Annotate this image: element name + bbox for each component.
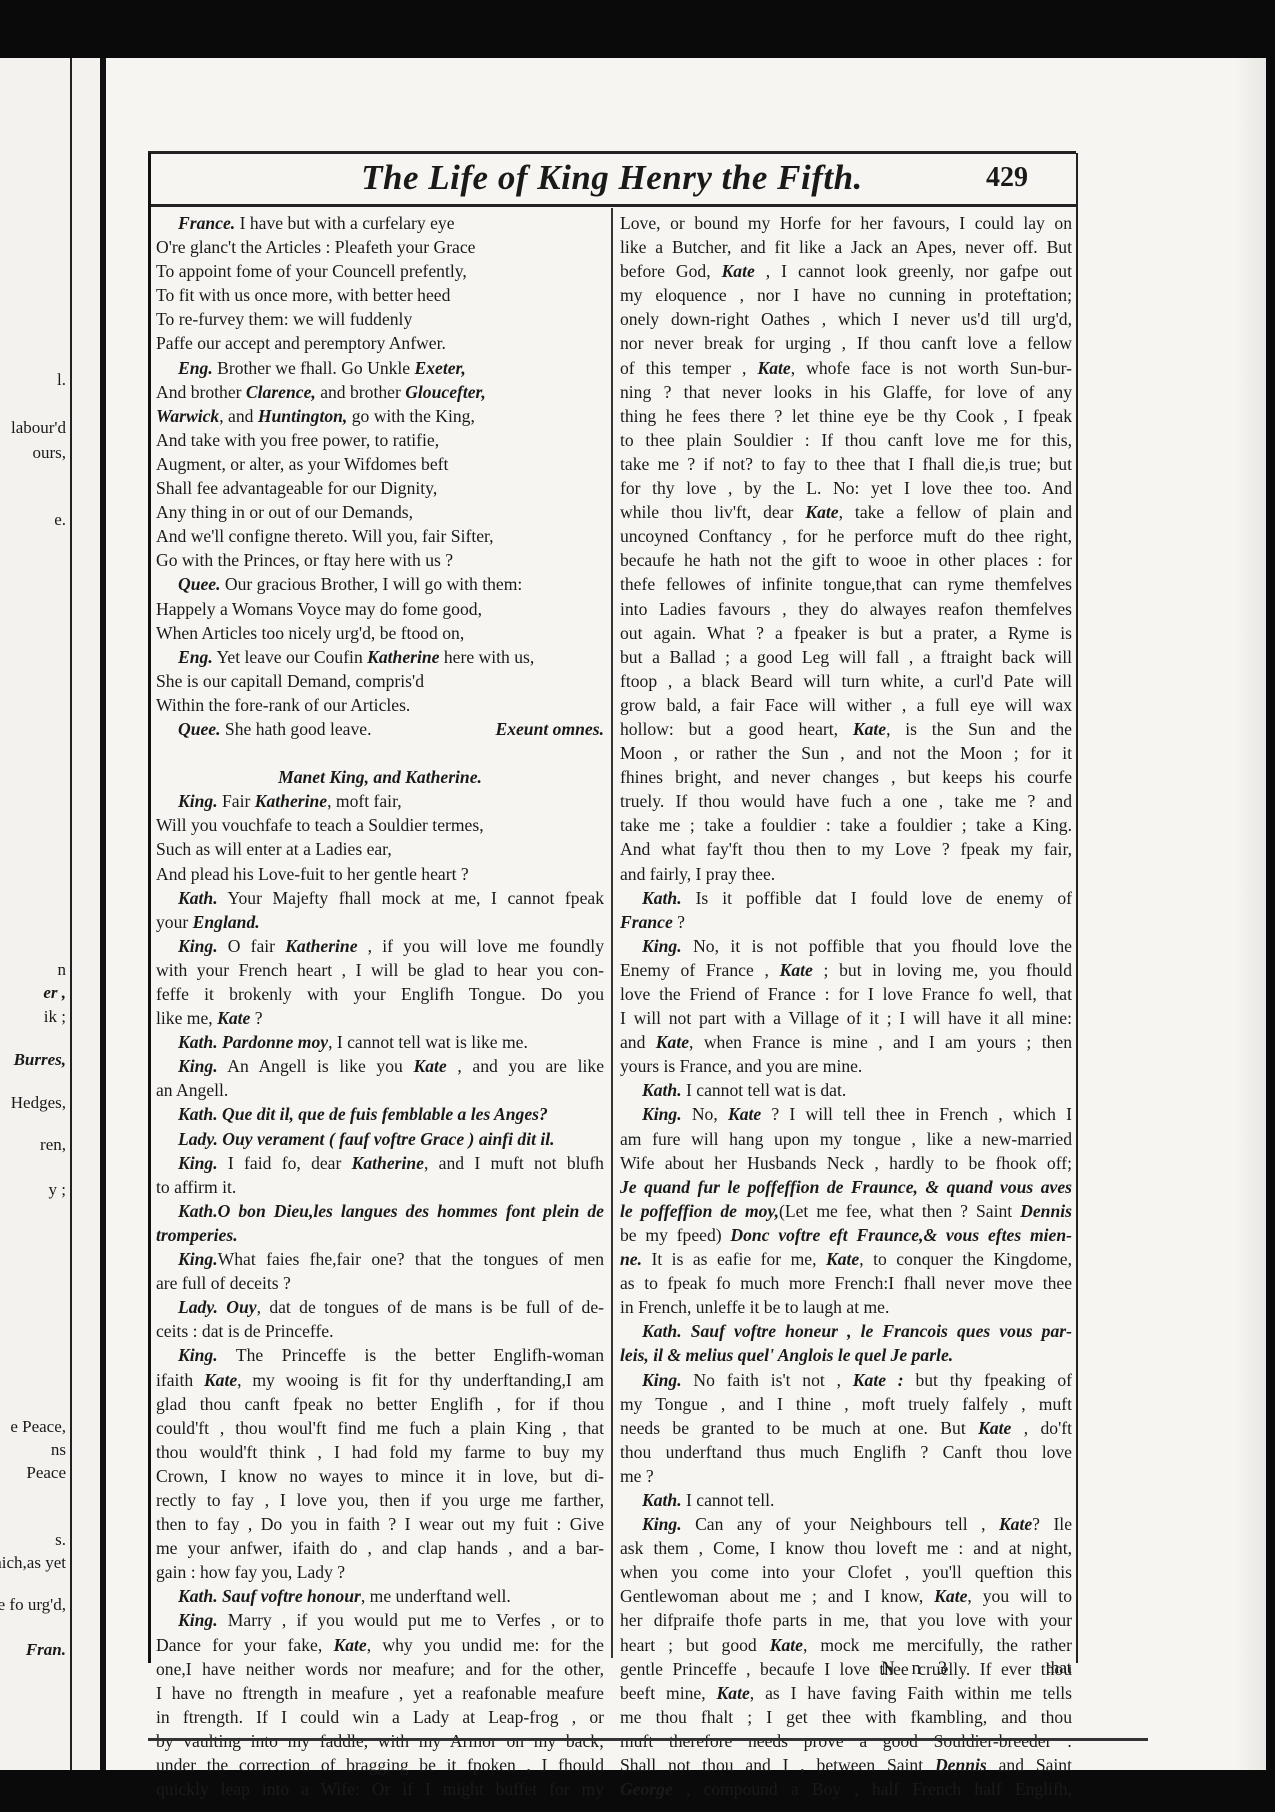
previous-page-text: e Peace,: [10, 1417, 66, 1437]
line-text: Wife about her Husbands Neck , hardly to…: [620, 1153, 1072, 1173]
italic-text: Sauf voftre honeur , le Francois ques vo…: [682, 1321, 1072, 1341]
speaker-name: King.: [642, 936, 682, 956]
italic-text: Gloucefter,: [405, 382, 486, 402]
line-text: She hath good leave.: [221, 719, 372, 739]
speech-line: Eng. Yet leave our Coufin Katherine here…: [156, 645, 604, 669]
text-line: with your French heart , I will be glad …: [156, 958, 604, 982]
line-text: Moon , or rather the Sun , and not the M…: [620, 743, 1072, 763]
speaker-name: Kath.: [178, 1201, 218, 1221]
text-line: le poffeffion de moy,(Let me fee, what t…: [620, 1199, 1072, 1223]
text-line: her difpraife thofe parts in me, that yo…: [620, 1608, 1072, 1632]
italic-text: Pardonne moy: [218, 1032, 328, 1052]
previous-page-fragment: l.labour'dours,e.ner ,ik ;Burres,Hedges,…: [0, 58, 112, 1770]
line-text: like a Butcher, and fit like a Jack an A…: [620, 237, 1072, 257]
speaker-name: King.: [178, 1249, 218, 1269]
text-line: as to fpeak fo much more French:I fhall …: [620, 1271, 1072, 1295]
text-line: Shall fee advantageable for our Dignity,: [156, 476, 604, 500]
speaker-name: Kath.: [642, 888, 682, 908]
text-line: one,I have neither words nor meafure; an…: [156, 1657, 604, 1681]
italic-text: leis, il & melius quel' Anglois le quel …: [620, 1345, 953, 1365]
speaker-name: Quee.: [178, 719, 221, 739]
text-line: Will you vouchfafe to teach a Souldier t…: [156, 813, 604, 837]
line-text: And what fay'ft thou then to my Love ? f…: [620, 839, 1072, 859]
previous-page-text: ours,: [32, 443, 66, 463]
text-line: Enemy of France , Kate ; but in loving m…: [620, 958, 1072, 982]
line-text: ning ? that never looks in his Glaffe, f…: [620, 382, 1072, 402]
text-line: thefe fellowes of infinite tongue,that c…: [620, 572, 1072, 596]
line-text: And we'll configne thereto. Will you, fa…: [156, 526, 494, 546]
line-text: , mock me mercifully, the rather: [803, 1635, 1072, 1655]
line-text: in French, unleffe it be to laugh at me.: [620, 1297, 889, 1317]
line-text: gain : how fay you, Lady ?: [156, 1562, 345, 1582]
text-line: me ?: [620, 1464, 1072, 1488]
text-line: grow bald, a fair Face will wither , a f…: [620, 693, 1072, 717]
line-text: be my fpeed): [620, 1225, 730, 1245]
text-line: thou would'ft think , I had fold my farm…: [156, 1440, 604, 1464]
line-text: It is as eafie for me,: [642, 1249, 826, 1269]
italic-text: Sauf voftre honour: [218, 1586, 361, 1606]
italic-text: Huntington,: [258, 406, 347, 426]
line-text: truely. If thou would have fuch a one , …: [620, 791, 1072, 811]
italic-text: Je quand fur le poffeffion de Fraunce, &…: [620, 1177, 1072, 1197]
text-line: your England.: [156, 910, 604, 934]
line-text: while thou liv'ft, dear: [620, 502, 805, 522]
previous-page-text: Fran.: [26, 1640, 66, 1660]
line-text: And brother: [156, 382, 246, 402]
italic-text: Kate: [413, 1056, 446, 1076]
line-text: Brother we fhall. Go Unkle: [213, 358, 415, 378]
italic-text: France: [620, 912, 673, 932]
text-line: becaufe he hath not the gift to wooe in …: [620, 548, 1072, 572]
speaker-name: Kath.: [642, 1321, 682, 1341]
text-line: of this temper , Kate, whofe face is not…: [620, 356, 1072, 380]
line-text: thou would'ft think , I had fold my farm…: [156, 1442, 604, 1462]
line-text: Paffe our accept and peremptory Anfwer.: [156, 333, 446, 353]
text-line: tromperies.: [156, 1223, 604, 1247]
line-text: gentle Princeffe , becaufe I love thee c…: [620, 1659, 1072, 1679]
italic-text: George: [620, 1779, 673, 1799]
line-text: , when France is mine , and I am yours ;…: [689, 1032, 1072, 1052]
text-line: like me, Kate ?: [156, 1006, 604, 1030]
text-line: am fure will hang upon my tongue , like …: [620, 1127, 1072, 1151]
text-line: when you come into your Clofet , you'll …: [620, 1560, 1072, 1584]
line-text: am fure will hang upon my tongue , like …: [620, 1129, 1072, 1149]
text-line: George , compound a Boy , half French ha…: [620, 1777, 1072, 1801]
text-line: Augment, or alter, as your Wifdomes beft: [156, 452, 604, 476]
text-line: be my fpeed) Donc voftre eft Fraunce,& v…: [620, 1223, 1072, 1247]
signature-mark: N n 3: [881, 1658, 953, 1680]
line-text: Any thing in or out of our Demands,: [156, 502, 413, 522]
text-line: yours is France, and you are mine.: [620, 1054, 1072, 1078]
speaker-name: Kath.: [178, 1104, 218, 1124]
line-text: in ftrength. If I could win a Lady at Le…: [156, 1707, 604, 1727]
line-text: but a Ballad ; a good Leg will fall , a …: [620, 647, 1072, 667]
line-text: then to fay , Do you in faith ? I wear o…: [156, 1514, 604, 1534]
italic-text: Exeter,: [415, 358, 466, 378]
line-text: go with the King,: [347, 406, 475, 426]
line-text: thou underftand thus much Englifh ? Canf…: [620, 1442, 1072, 1462]
line-text: your: [156, 912, 193, 932]
line-text: here with us,: [439, 647, 534, 667]
speaker-name: King.: [178, 791, 218, 811]
text-line: Love, or bound my Horfe for her favours,…: [620, 211, 1072, 235]
italic-text: Kate: [656, 1032, 689, 1052]
text-line: Gentlewoman about me ; and I know, Kate,…: [620, 1584, 1072, 1608]
speech-line: Kath. I cannot tell.: [620, 1488, 1072, 1512]
italic-text: England.: [193, 912, 260, 932]
line-text: Our gracious Brother, I will go with the…: [221, 574, 523, 594]
speaker-name: Kath.: [642, 1080, 682, 1100]
text-line: ceits : dat is de Princeffe.: [156, 1319, 604, 1343]
line-text: , you will to: [967, 1586, 1072, 1606]
column-divider: [611, 208, 613, 1658]
speech-line: Lady. Ouy, dat de tongues of de mans is …: [156, 1295, 604, 1319]
speaker-name: King.: [178, 1610, 218, 1630]
speech-line: Kath.O bon Dieu,les langues des hommes f…: [156, 1199, 604, 1223]
italic-text: O bon Dieu,les langues des hommes font p…: [218, 1201, 604, 1221]
line-text: Gentlewoman about me ; and I know,: [620, 1586, 934, 1606]
line-text: Go with the Princes, or ftay here with u…: [156, 550, 453, 570]
line-text: , is the Sun and the: [886, 719, 1072, 739]
text-line: needs be granted to be much at one. But …: [620, 1416, 1072, 1440]
speaker-name: King.: [178, 1153, 218, 1173]
line-text: nor never break for urging , If thou can…: [620, 333, 1072, 353]
text-line: France ?: [620, 910, 1072, 934]
speech-line: Kath. Pardonne moy, I cannot tell wat is…: [156, 1030, 604, 1054]
line-text: my Tongue , and I thine , moft truely fa…: [620, 1394, 1072, 1414]
line-text: quickly leap into a Wife: Or if I might …: [156, 1779, 604, 1799]
speaker-name: Eng.: [178, 358, 213, 378]
line-text: uncoyned Conftancy , for he perforce muf…: [620, 526, 1072, 546]
text-line: Moon , or rather the Sun , and not the M…: [620, 741, 1072, 765]
previous-page-text: ik ;: [44, 1007, 66, 1027]
text-line: fhines bright, and never changes , but k…: [620, 765, 1072, 789]
previous-page-text: labour'd: [11, 418, 66, 438]
speech-line: King. Can any of your Neighbours tell , …: [620, 1512, 1072, 1536]
line-text: into Ladies favours , they do alwayes re…: [620, 599, 1072, 619]
italic-text: Warwick: [156, 406, 219, 426]
italic-text: Kate: [757, 358, 790, 378]
line-text: An Angell is like you: [218, 1056, 414, 1076]
line-text: And take with you free power, to ratifie…: [156, 430, 439, 450]
text-line: out again. What ? a fpeaker is but a pra…: [620, 621, 1072, 645]
text-line: Within the fore-rank of our Articles.: [156, 693, 604, 717]
speech-line: King. O fair Katherine , if you will lov…: [156, 934, 604, 958]
text-line: O're glanc't the Articles : Pleafeth you…: [156, 235, 604, 259]
text-line: onely down-right Oathes , which I never …: [620, 307, 1072, 331]
line-text: Enemy of France ,: [620, 960, 780, 980]
speech-line: Kath. Que dit il, que de fuis femblable …: [156, 1102, 604, 1126]
speech-line: King. No, Kate ? I will tell thee in Fre…: [620, 1102, 1072, 1126]
line-text: Such as will enter at a Ladies ear,: [156, 839, 392, 859]
speaker-name: Kath.: [642, 1490, 682, 1510]
previous-page-text: y ;: [49, 1180, 66, 1200]
speaker-name: Kath.: [178, 1032, 218, 1052]
line-text: feffe it brokenly with your Englifh Tong…: [156, 984, 604, 1004]
line-text: When Articles too nicely urg'd, be ftood…: [156, 623, 464, 643]
italic-text: Que dit il, que de fuis femblable a les …: [218, 1104, 548, 1124]
line-text: grow bald, a fair Face will wither , a f…: [620, 695, 1072, 715]
line-text: To fit with us once more, with better he…: [156, 285, 450, 305]
line-text: , me underftand well.: [361, 1586, 511, 1606]
line-text: thing he fees there ? let thine eye be t…: [620, 406, 1072, 426]
text-line: take me ? if not? to fay to thee that I …: [620, 452, 1072, 476]
line-text: No, it is not poffible that you fhould l…: [682, 936, 1072, 956]
previous-page-text: er ,: [43, 983, 66, 1003]
text-line: And brother Clarence, and brother Glouce…: [156, 380, 604, 404]
speaker-name: King.: [642, 1104, 682, 1124]
text-line: Wife about her Husbands Neck , hardly to…: [620, 1151, 1072, 1175]
line-text: under the correction of bragging be it f…: [156, 1755, 604, 1775]
text-line: under the correction of bragging be it f…: [156, 1753, 604, 1777]
line-text: Dance for your fake,: [156, 1635, 334, 1655]
speech-line: Lady. Ouy verament ( fauf voftre Grace )…: [156, 1127, 604, 1151]
text-line: me your anfwer, ifaith do , and clap han…: [156, 1536, 604, 1560]
line-text: ask them , Come, I know thou loveft me :…: [620, 1538, 1072, 1558]
italic-text: Katherine: [285, 936, 357, 956]
page-edge: [1236, 58, 1266, 1770]
italic-text: Donc voftre eft Fraunce,& vous eftes mie…: [730, 1225, 1072, 1245]
speech-line: King. I faid fo, dear Katherine, and I m…: [156, 1151, 604, 1175]
text-line: but a Ballad ; a good Leg will fall , a …: [620, 645, 1072, 669]
italic-text: Kate: [334, 1635, 367, 1655]
text-line: to affirm it.: [156, 1175, 604, 1199]
line-text: but thy fpeaking of: [904, 1370, 1072, 1390]
line-text: , and: [219, 406, 258, 426]
text-line: feffe it brokenly with your Englifh Tong…: [156, 982, 604, 1006]
text-line: I have no ftrength in meafure , yet a re…: [156, 1681, 604, 1705]
line-text: Is it poffible dat I fould love de enemy…: [682, 888, 1072, 908]
stage-direction-text: Manet King, and Katherine.: [278, 767, 482, 787]
text-line: When Articles too nicely urg'd, be ftood…: [156, 621, 604, 645]
speaker-name: Lady.: [178, 1297, 218, 1317]
text-line: Warwick, and Huntington, go with the Kin…: [156, 404, 604, 428]
line-text: , compound a Boy , half French half Engl…: [673, 1779, 1072, 1799]
text-line: leis, il & melius quel' Anglois le quel …: [620, 1343, 1072, 1367]
italic-text: tromperies.: [156, 1225, 238, 1245]
line-text: to thee plain Souldier : If thou canft l…: [620, 430, 1072, 450]
line-text: are full of deceits ?: [156, 1273, 291, 1293]
line-text: of this temper ,: [620, 358, 757, 378]
italic-text: Kate: [770, 1635, 803, 1655]
previous-page-text: n: [58, 960, 67, 980]
text-line: and Kate, when France is mine , and I am…: [620, 1030, 1072, 1054]
line-text: love the Friend of France : for I love F…: [620, 984, 1072, 1004]
text-line: an Angell.: [156, 1078, 604, 1102]
line-text: me your anfwer, ifaith do , and clap han…: [156, 1538, 604, 1558]
italic-text: Kate: [722, 261, 755, 281]
text-line: ning ? that never looks in his Glaffe, f…: [620, 380, 1072, 404]
line-text: rectly to fay , I love you, then if you …: [156, 1490, 604, 1510]
line-text: before God,: [620, 261, 722, 281]
line-text: , dat de tongues of de mans is be full o…: [257, 1297, 604, 1317]
text-line: thou underftand thus much Englifh ? Canf…: [620, 1440, 1072, 1464]
text-line: Shall not thou and I , between Saint Den…: [620, 1753, 1072, 1777]
text-line: Crown, I know no wayes to mince it in lo…: [156, 1464, 604, 1488]
line-text: O're glanc't the Articles : Pleafeth you…: [156, 237, 475, 257]
left-column: France. I have but with a curfelary eyeO…: [156, 211, 604, 1801]
line-text: and: [620, 1032, 656, 1052]
text-line: like a Butcher, and fit like a Jack an A…: [620, 235, 1072, 259]
line-text: my eloquence , nor I have no cunning in …: [620, 285, 1072, 305]
speech-line: Quee. She hath good leave.Exeunt omnes.: [156, 717, 604, 741]
line-text: onely down-right Oathes , which I never …: [620, 309, 1072, 329]
line-text: Crown, I know no wayes to mince it in lo…: [156, 1466, 604, 1486]
previous-page-text: e.: [54, 510, 66, 530]
line-text: heart ; but good: [620, 1635, 770, 1655]
italic-text: Kate: [204, 1370, 237, 1390]
italic-text: Clarence,: [246, 382, 316, 402]
text-line: uncoyned Conftancy , for he perforce muf…: [620, 524, 1072, 548]
text-line: heart ; but good Kate, mock me mercifull…: [620, 1633, 1072, 1657]
line-text: What faies fhe,fair one? that the tongue…: [218, 1249, 604, 1269]
line-text: becaufe he hath not the gift to wooe in …: [620, 550, 1072, 570]
speaker-name: Eng.: [178, 647, 213, 667]
line-text: The Princeffe is the better Englifh-woma…: [218, 1345, 604, 1365]
line-text: like me,: [156, 1008, 217, 1028]
text-line: gentle Princeffe , becaufe I love thee c…: [620, 1657, 1072, 1681]
italic-text: Kate: [853, 719, 886, 739]
line-text: Can any of your Neighbours tell ,: [682, 1514, 999, 1534]
line-text: out again. What ? a fpeaker is but a pra…: [620, 623, 1072, 643]
line-text: ? I will tell thee in French , which I: [761, 1104, 1072, 1124]
text-line: To re-furvey them: we will fuddenly: [156, 307, 604, 331]
previous-page-text: Burres,: [14, 1050, 66, 1070]
line-text: with your French heart , I will be glad …: [156, 960, 604, 980]
text-line: and fairly, I pray thee.: [620, 862, 1072, 886]
line-text: ; but in loving me, you fhould: [813, 960, 1072, 980]
previous-page-text: l.: [57, 370, 66, 390]
text-line: And take with you free power, to ratifie…: [156, 428, 604, 452]
speech-line: King. No, it is not poffible that you fh…: [620, 934, 1072, 958]
line-text: O fair: [218, 936, 286, 956]
line-text: ftoop , a black Beard will turn white, a…: [620, 671, 1072, 691]
text-line: to thee plain Souldier : If thou canft l…: [620, 428, 1072, 452]
line-text: Shall fee advantageable for our Dignity,: [156, 478, 437, 498]
previous-page-text: s.: [55, 1530, 66, 1550]
speaker-name: Quee.: [178, 574, 221, 594]
previous-page-text: which,as yet: [0, 1553, 66, 1573]
text-line: take me ; take a fouldier : take a fould…: [620, 813, 1072, 837]
speaker-name: Kath.: [178, 1586, 218, 1606]
speech-line: King. Fair Katherine, moft fair,: [156, 789, 604, 813]
speech-line: King.What faies fhe,fair one? that the t…: [156, 1247, 604, 1271]
line-text: one,I have neither words nor meafure; an…: [156, 1659, 604, 1679]
text-line: Any thing in or out of our Demands,: [156, 500, 604, 524]
text-line: And we'll configne thereto. Will you, fa…: [156, 524, 604, 548]
line-text: Your Majefty fhall mock at me, I cannot …: [218, 888, 604, 908]
text-line: She is our capitall Demand, compris'd: [156, 669, 604, 693]
text-line: then to fay , Do you in faith ? I wear o…: [156, 1512, 604, 1536]
bottom-rule: [148, 1738, 1148, 1741]
line-text: hollow: but a good heart,: [620, 719, 853, 739]
line-text: me thou fhalt ; I get thee with fkamblin…: [620, 1707, 1072, 1727]
italic-text: Kate: [728, 1104, 761, 1124]
speaker-name: Kath.: [178, 888, 218, 908]
exit-direction: Exeunt omnes.: [495, 717, 604, 741]
italic-text: Kate: [805, 502, 838, 522]
catchword: that: [1046, 1658, 1072, 1678]
italic-text: Kate: [217, 1008, 250, 1028]
line-text: , and I muft not blufh: [424, 1153, 604, 1173]
text-line: hollow: but a good heart, Kate, is the S…: [620, 717, 1072, 741]
line-text: needs be granted to be much at one. But: [620, 1418, 978, 1438]
text-line: I will not part with a Village of it ; I…: [620, 1006, 1072, 1030]
line-text: , take a fellow of plain and: [839, 502, 1072, 522]
text-line: Dance for your fake, Kate, why you undid…: [156, 1633, 604, 1657]
text-line: thing he fees there ? let thine eye be t…: [620, 404, 1072, 428]
speech-line: Kath. Your Majefty fhall mock at me, I c…: [156, 886, 604, 910]
text-line: could'ft , thou woul'ft find me fuch a p…: [156, 1416, 604, 1440]
line-text: take me ; take a fouldier : take a fould…: [620, 815, 1072, 835]
line-text: No faith is't not ,: [682, 1370, 853, 1390]
previous-page-text: Peace: [26, 1463, 66, 1483]
line-text: Fair: [218, 791, 255, 811]
text-line: are full of deceits ?: [156, 1271, 604, 1295]
speech-line: King. Marry , if you would put me to Ver…: [156, 1608, 604, 1632]
speaker-name: King.: [642, 1514, 682, 1534]
text-line: nor never break for urging , If thou can…: [620, 331, 1072, 355]
speech-line: France. I have but with a curfelary eye: [156, 211, 604, 235]
previous-page-text: Hedges,: [11, 1093, 66, 1113]
line-text: , as I have faving Faith within me tells: [750, 1683, 1072, 1703]
text-line: beeft mine, Kate, as I have faving Faith…: [620, 1681, 1072, 1705]
line-text: her difpraife thofe parts in me, that yo…: [620, 1610, 1072, 1630]
text-line: To appoint fome of your Councell prefent…: [156, 259, 604, 283]
speaker-name: France.: [178, 213, 235, 233]
line-text: and brother: [316, 382, 405, 402]
line-text: (Let me fee, what then ? Saint: [779, 1201, 1020, 1221]
text-line: my Tongue , and I thine , moft truely fa…: [620, 1392, 1072, 1416]
line-text: And plead his Love-fuit to her gentle he…: [156, 864, 469, 884]
line-text: take me ? if not? to fay to thee that I …: [620, 454, 1072, 474]
line-text: an Angell.: [156, 1080, 228, 1100]
italic-text: Kate: [826, 1249, 859, 1269]
text-line: ftoop , a black Beard will turn white, a…: [620, 669, 1072, 693]
line-text: To appoint fome of your Councell prefent…: [156, 261, 467, 281]
previous-page-frame-rule: [70, 58, 72, 1770]
text-line: truely. If thou would have fuch a one , …: [620, 789, 1072, 813]
italic-text: Kate: [934, 1586, 967, 1606]
line-text: me ?: [620, 1466, 654, 1486]
text-line: To fit with us once more, with better he…: [156, 283, 604, 307]
line-text: beeft mine,: [620, 1683, 717, 1703]
line-text: I have but with a curfelary eye: [235, 213, 454, 233]
line-text: ? Ile: [1032, 1514, 1072, 1534]
line-text: , moft fair,: [327, 791, 402, 811]
text-line: in ftrength. If I could win a Lady at Le…: [156, 1705, 604, 1729]
line-text: thefe fellowes of infinite tongue,that c…: [620, 574, 1072, 594]
line-text: , why you undid me: for the: [367, 1635, 604, 1655]
italic-text: Kate: [717, 1683, 750, 1703]
speech-line: Kath. Sauf voftre honour, me underftand …: [156, 1584, 604, 1608]
italic-text: Kate: [999, 1514, 1032, 1534]
line-text: I cannot tell.: [682, 1490, 775, 1510]
text-line: me thou fhalt ; I get thee with fkamblin…: [620, 1705, 1072, 1729]
previous-page-text: ren,: [40, 1135, 66, 1155]
speech-line: Kath. Sauf voftre honeur , le Francois q…: [620, 1319, 1072, 1343]
text-line: ifaith Kate, my wooing is fit for thy un…: [156, 1368, 604, 1392]
text-line: rectly to fay , I love you, then if you …: [156, 1488, 604, 1512]
text-line: [156, 741, 604, 765]
stage-direction: Manet King, and Katherine.: [156, 765, 604, 789]
line-text: yours is France, and you are mine.: [620, 1056, 862, 1076]
line-text: , my wooing is fit for thy underftanding…: [237, 1370, 604, 1390]
line-text: Within the fore-rank of our Articles.: [156, 695, 410, 715]
line-text: No,: [682, 1104, 728, 1124]
italic-text: Kate: [780, 960, 813, 980]
speaker-name: King.: [642, 1370, 682, 1390]
